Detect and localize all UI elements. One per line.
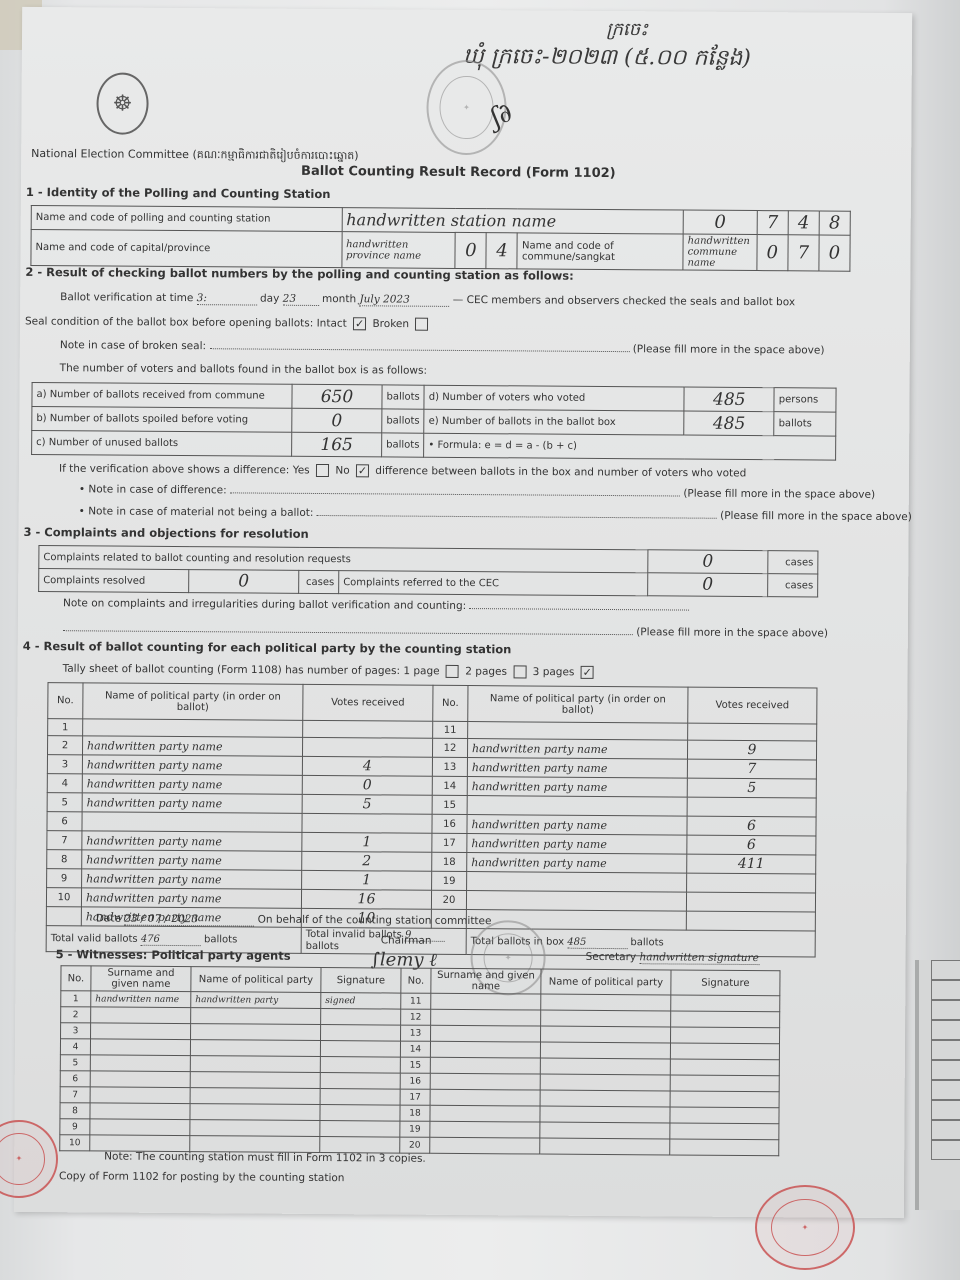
witness-signature bbox=[320, 1089, 400, 1106]
party-no: 7 bbox=[47, 831, 82, 850]
witness-no: 6 bbox=[60, 1071, 90, 1087]
note-broken-field[interactable] bbox=[209, 348, 629, 352]
complaints-row-3-value: 0 bbox=[648, 573, 768, 597]
party-votes: 2 bbox=[302, 851, 432, 871]
witness-party bbox=[191, 1008, 321, 1025]
witness-party bbox=[190, 1136, 320, 1153]
party-name: handwritten party name bbox=[82, 793, 302, 814]
witness-signature bbox=[321, 1025, 401, 1042]
witness-signature: signed bbox=[321, 993, 401, 1010]
row-b-value: 0 bbox=[292, 408, 382, 433]
witness-no: 11 bbox=[401, 993, 431, 1009]
col-votes-right: Votes received bbox=[688, 687, 817, 724]
row-d-label: d) Number of voters who voted bbox=[424, 385, 684, 411]
note-fake-label: • Note in case of material not being a b… bbox=[79, 505, 314, 519]
witness-signature bbox=[670, 1043, 779, 1060]
w-col-name-right: Surname and given name bbox=[431, 968, 541, 994]
two-page-checkbox[interactable] bbox=[513, 665, 526, 678]
difference-no-checkbox[interactable]: ✓ bbox=[356, 464, 369, 477]
row-c-unit: ballots bbox=[382, 433, 424, 457]
witness-no: 10 bbox=[60, 1135, 90, 1151]
row-b-unit: ballots bbox=[382, 409, 424, 433]
witness-party bbox=[540, 1074, 670, 1091]
w-col-no-right: No. bbox=[401, 968, 431, 993]
party-no: 20 bbox=[431, 890, 466, 909]
footer-note: Copy of Form 1102 for posting by the cou… bbox=[59, 1170, 345, 1184]
month-label: month bbox=[322, 293, 356, 305]
witness-party bbox=[190, 1104, 320, 1121]
witness-party bbox=[541, 1010, 671, 1027]
w-col-party-right: Name of political party bbox=[541, 969, 671, 995]
witness-party bbox=[540, 1106, 670, 1123]
witness-signature bbox=[670, 1123, 779, 1140]
party-votes: 1 bbox=[302, 832, 432, 852]
tally-pages-line: Tally sheet of ballot counting (Form 110… bbox=[63, 662, 597, 679]
witness-name bbox=[90, 1119, 190, 1136]
witness-party bbox=[541, 1026, 671, 1043]
col-votes-left: Votes received bbox=[303, 684, 433, 721]
party-name: handwritten party name bbox=[81, 888, 301, 909]
witness-signature bbox=[670, 1027, 779, 1044]
party-name bbox=[468, 722, 688, 741]
witness-signature bbox=[670, 1139, 779, 1156]
witness-name: handwritten name bbox=[91, 991, 191, 1008]
witness-note: Note: The counting station must fill in … bbox=[104, 1151, 426, 1165]
witness-table: No. Surname and given name Name of polit… bbox=[59, 965, 780, 1156]
total-box-unit: ballots bbox=[630, 937, 663, 948]
party-votes bbox=[302, 737, 432, 757]
witness-name bbox=[90, 1087, 190, 1104]
province-label: Name and code of capital/province bbox=[31, 229, 342, 267]
note-broken-line: Note in case of broken seal: (Please fil… bbox=[60, 339, 825, 356]
witness-signature bbox=[321, 1009, 401, 1026]
w-col-name-left: Surname and given name bbox=[91, 966, 191, 992]
seal-intact-label: Intact bbox=[317, 317, 347, 329]
complaints-note-cont: (Please fill more in the space above) bbox=[63, 622, 828, 639]
party-no: 16 bbox=[432, 814, 467, 833]
station-code-1: 0 bbox=[683, 210, 757, 235]
total-valid-unit: ballots bbox=[204, 934, 237, 945]
station-value: handwritten station name bbox=[342, 208, 684, 234]
nec-logo-icon: ☸ bbox=[96, 72, 148, 134]
intro-prefix: Ballot verification at time bbox=[60, 291, 193, 304]
party-votes: 4 bbox=[302, 756, 432, 776]
party-name: handwritten party name bbox=[467, 758, 687, 779]
note-difference-line: • Note in case of difference: (Please fi… bbox=[79, 483, 875, 501]
party-name bbox=[467, 796, 687, 817]
one-page-label: 1 page bbox=[403, 665, 439, 677]
secretary-label: Secretary bbox=[586, 951, 637, 963]
secretary-value: handwritten signature bbox=[639, 951, 759, 965]
station-code-2: 7 bbox=[757, 211, 788, 235]
adjacent-row bbox=[931, 1060, 960, 1080]
month-value: July 2023 bbox=[359, 293, 449, 307]
party-votes: 7 bbox=[687, 759, 816, 779]
section-3-title: 3 - Complaints and objections for resolu… bbox=[24, 525, 309, 541]
witness-signature bbox=[670, 1075, 779, 1092]
witness-name bbox=[90, 1103, 190, 1120]
witness-party bbox=[540, 1090, 670, 1107]
complaints-row-1-unit: cases bbox=[768, 551, 818, 574]
party-name bbox=[467, 872, 687, 893]
note-difference-label: • Note in case of difference: bbox=[79, 483, 227, 496]
seal-line: Seal condition of the ballot box before … bbox=[25, 315, 431, 331]
verification-intro: Ballot verification at time 3: day 23 mo… bbox=[60, 291, 795, 309]
adjacent-row bbox=[931, 1120, 960, 1140]
col-no-left: No. bbox=[48, 683, 83, 719]
total-box-value: 485 bbox=[567, 936, 627, 948]
total-valid-value: 476 bbox=[141, 933, 201, 945]
adjacent-row bbox=[931, 960, 960, 980]
complaints-row-1-value: 0 bbox=[648, 550, 768, 574]
party-votes bbox=[302, 813, 432, 833]
witness-signature bbox=[320, 1105, 400, 1122]
fill-more-hint: (Please fill more in the space above) bbox=[633, 343, 825, 356]
party-name: handwritten party name bbox=[467, 853, 687, 874]
col-no-right: No. bbox=[433, 685, 468, 721]
complaints-note-label: Note on complaints and irregularities du… bbox=[63, 597, 466, 612]
adjacent-row bbox=[931, 1000, 960, 1020]
complaints-note: Note on complaints and irregularities du… bbox=[63, 597, 690, 613]
witness-no: 12 bbox=[401, 1009, 431, 1025]
party-no: 6 bbox=[47, 812, 82, 831]
witness-no: 20 bbox=[400, 1137, 430, 1153]
secretary-line: Secretary handwritten signature bbox=[586, 951, 760, 965]
party-name: handwritten party name bbox=[82, 831, 302, 852]
witness-party bbox=[541, 994, 671, 1011]
difference-yes-label: Yes bbox=[293, 464, 310, 476]
row-a-label: a) Number of ballots received from commu… bbox=[32, 382, 292, 408]
party-votes bbox=[686, 892, 815, 912]
party-name bbox=[466, 891, 686, 912]
witness-name bbox=[430, 1041, 540, 1058]
witness-no: 16 bbox=[400, 1073, 430, 1089]
witness-no: 14 bbox=[400, 1041, 430, 1057]
row-d-unit: persons bbox=[774, 388, 836, 412]
col-party-left: Name of political party (in order on bal… bbox=[83, 683, 303, 721]
party-name: handwritten party name bbox=[82, 755, 302, 776]
note-fake-field[interactable] bbox=[317, 515, 717, 519]
formula: • Formula: e = d = a - (b + c) bbox=[424, 433, 836, 460]
intro-suffix: — CEC members and observers checked the … bbox=[453, 294, 795, 308]
complaints-note-field[interactable] bbox=[470, 608, 690, 611]
row-e-value: 485 bbox=[684, 411, 774, 436]
difference-label: If the verification above shows a differ… bbox=[59, 463, 289, 477]
party-votes bbox=[303, 720, 433, 738]
witness-name bbox=[91, 1023, 191, 1040]
seal-broken-checkbox[interactable] bbox=[415, 318, 428, 331]
station-code-4: 8 bbox=[819, 211, 850, 235]
party-votes: 5 bbox=[687, 778, 816, 798]
witness-signature bbox=[670, 1059, 779, 1076]
party-name: handwritten party name bbox=[82, 869, 302, 890]
party-votes: 1 bbox=[302, 870, 432, 890]
tally-intro: Tally sheet of ballot counting (Form 110… bbox=[63, 663, 400, 677]
party-no: 12 bbox=[432, 738, 467, 757]
two-page-label: 2 pages bbox=[465, 666, 507, 678]
witness-name bbox=[90, 1071, 190, 1088]
witness-name bbox=[90, 1135, 190, 1152]
witness-party bbox=[540, 1122, 670, 1139]
party-name bbox=[82, 812, 302, 833]
row-e-unit: ballots bbox=[774, 412, 836, 436]
seal-broken-label: Broken bbox=[372, 318, 409, 330]
table-intro: The number of voters and ballots found i… bbox=[60, 362, 427, 377]
note-difference-field[interactable] bbox=[230, 492, 680, 496]
party-name: handwritten party name bbox=[82, 774, 302, 795]
section-2-title: 2 - Result of checking ballot numbers by… bbox=[25, 265, 573, 283]
party-no: 11 bbox=[433, 721, 468, 738]
date-label: Date bbox=[96, 912, 121, 924]
form-title: Ballot Counting Result Record (Form 1102… bbox=[301, 164, 616, 181]
witness-name bbox=[430, 1089, 540, 1106]
complaints-note-field-2[interactable] bbox=[63, 630, 633, 635]
party-votes bbox=[688, 723, 817, 741]
complaints-row-2-unit: cases bbox=[299, 570, 339, 593]
witness-party bbox=[190, 1072, 320, 1089]
adjacent-row bbox=[931, 1040, 960, 1060]
party-no: 18 bbox=[432, 852, 467, 871]
fill-more-hint-3: (Please fill more in the space above) bbox=[720, 510, 912, 523]
difference-desc: difference between ballots in the box an… bbox=[375, 465, 746, 480]
party-votes: 411 bbox=[687, 854, 816, 874]
commune-code-2: 7 bbox=[788, 235, 819, 271]
party-no: 9 bbox=[47, 869, 82, 888]
difference-line: If the verification above shows a differ… bbox=[59, 462, 746, 480]
party-votes bbox=[686, 911, 815, 931]
party-name: handwritten party name bbox=[467, 834, 687, 855]
witness-party bbox=[540, 1058, 670, 1075]
witness-name bbox=[431, 993, 541, 1010]
fill-more-hint-4: (Please fill more in the space above) bbox=[636, 626, 828, 639]
witness-no: 5 bbox=[60, 1055, 90, 1071]
party-no bbox=[46, 907, 81, 926]
party-no: 8 bbox=[47, 850, 82, 869]
party-votes bbox=[687, 873, 816, 893]
col-party-right: Name of political party (in order on bal… bbox=[468, 686, 688, 724]
party-no: 10 bbox=[46, 888, 81, 907]
adjacent-row bbox=[931, 1140, 960, 1160]
witness-no: 4 bbox=[60, 1039, 90, 1055]
chair-label: Chairman bbox=[381, 934, 432, 946]
station-code-3: 4 bbox=[788, 211, 819, 235]
witness-signature bbox=[320, 1057, 400, 1074]
party-no: 15 bbox=[432, 795, 467, 814]
witness-name bbox=[430, 1073, 540, 1090]
fill-more-hint-2: (Please fill more in the space above) bbox=[683, 488, 875, 501]
party-no: 2 bbox=[47, 736, 82, 755]
party-name: handwritten party name bbox=[467, 815, 687, 836]
handwritten-header: ក្រចេះ ឃុំ ក្រចេះ-២០២៣ (៥.០០ កន្លែង) bbox=[367, 14, 847, 73]
witness-signature bbox=[671, 1011, 780, 1028]
party-votes: 6 bbox=[687, 835, 816, 855]
section-5-title: 5 - Witnesses: Political party agents bbox=[56, 947, 291, 963]
witness-party bbox=[191, 1024, 321, 1041]
row-c-value: 165 bbox=[292, 432, 382, 457]
complaints-row-3-unit: cases bbox=[768, 574, 818, 597]
time-value: 3: bbox=[197, 292, 257, 305]
day-value: 23 bbox=[283, 293, 319, 306]
witness-party bbox=[190, 1040, 320, 1057]
party-name: handwritten party name bbox=[467, 777, 687, 798]
complaints-table: Complaints related to ballot counting an… bbox=[38, 545, 818, 597]
total-invalid-unit: ballots bbox=[306, 941, 339, 952]
three-page-label: 3 pages bbox=[533, 666, 575, 678]
station-label: Name and code of polling and counting st… bbox=[31, 205, 342, 231]
w-col-sig-left: Signature bbox=[321, 968, 401, 994]
witness-name bbox=[91, 1007, 191, 1024]
witness-no: 9 bbox=[60, 1119, 90, 1135]
witness-name bbox=[90, 1039, 190, 1056]
row-c-label: c) Number of unused ballots bbox=[32, 430, 292, 456]
witness-signature bbox=[320, 1041, 400, 1058]
party-name: handwritten party name bbox=[82, 850, 302, 871]
party-name: handwritten party name bbox=[82, 736, 302, 757]
row-a-value: 650 bbox=[292, 384, 382, 409]
witness-name bbox=[430, 1105, 540, 1122]
w-col-no-left: No. bbox=[61, 966, 91, 991]
party-no: 5 bbox=[47, 793, 82, 812]
party-no: 14 bbox=[432, 776, 467, 795]
seal-line-text: Seal condition of the ballot box before … bbox=[25, 315, 313, 329]
difference-yes-checkbox[interactable] bbox=[316, 464, 329, 477]
difference-no-label: No bbox=[335, 465, 349, 477]
total-valid-label: Total valid ballots bbox=[51, 933, 138, 945]
witness-no: 2 bbox=[61, 1007, 91, 1023]
party-votes: 6 bbox=[687, 816, 816, 836]
handwritten-line-2: ឃុំ ក្រចេះ-២០២៣ (៥.០០ កន្លែង) bbox=[367, 42, 847, 73]
witness-party bbox=[540, 1042, 670, 1059]
witness-name bbox=[430, 1121, 540, 1138]
section-1-title: 1 - Identity of the Polling and Counting… bbox=[26, 185, 331, 201]
witness-name bbox=[90, 1055, 190, 1072]
complaints-row-3-label: Complaints referred to the CEC bbox=[339, 571, 648, 596]
witness-party: handwritten party bbox=[191, 992, 321, 1009]
station-identity-table: Name and code of polling and counting st… bbox=[30, 205, 850, 272]
date-value: 23 / 07 / 2023 bbox=[124, 913, 254, 927]
province-code-1: 0 bbox=[455, 232, 486, 268]
section-4-title: 4 - Result of ballot counting for each p… bbox=[23, 639, 512, 656]
adjacent-sheet bbox=[915, 960, 960, 1210]
witness-no: 7 bbox=[60, 1087, 90, 1103]
witness-name bbox=[430, 1057, 540, 1074]
party-votes bbox=[687, 797, 816, 817]
party-no: 13 bbox=[432, 757, 467, 776]
witness-party bbox=[190, 1056, 320, 1073]
witness-signature bbox=[670, 1091, 779, 1108]
witness-name bbox=[430, 1137, 540, 1154]
witness-name bbox=[431, 1009, 541, 1026]
seal-intact-checkbox[interactable]: ✓ bbox=[353, 317, 366, 330]
party-name: handwritten party name bbox=[467, 739, 687, 760]
red-seal-right: ✦ bbox=[755, 1185, 855, 1270]
party-no: 4 bbox=[47, 774, 82, 793]
witness-party bbox=[190, 1088, 320, 1105]
witness-signature bbox=[670, 1107, 779, 1124]
province-value: handwritten province name bbox=[341, 232, 455, 269]
adjacent-row bbox=[931, 1080, 960, 1100]
witness-no: 3 bbox=[61, 1023, 91, 1039]
province-code-2: 4 bbox=[486, 233, 517, 269]
witness-signature bbox=[320, 1121, 400, 1138]
form-paper: ក្រចេះ ឃុំ ក្រចេះ-២០២៣ (៥.០០ កន្លែង) ✦ ʃ… bbox=[14, 7, 912, 1218]
day-label: day bbox=[260, 293, 279, 305]
witness-signature bbox=[320, 1137, 400, 1154]
note-fake-line: • Note in case of material not being a b… bbox=[79, 505, 912, 523]
row-e-label: e) Number of ballots in the ballot box bbox=[424, 409, 684, 435]
party-votes: 0 bbox=[302, 775, 432, 795]
w-col-sig-right: Signature bbox=[671, 970, 780, 996]
ballot-count-table: a) Number of ballots received from commu… bbox=[31, 382, 836, 461]
complaints-row-2-label: Complaints resolved bbox=[39, 569, 189, 593]
party-no: 3 bbox=[47, 755, 82, 774]
witness-party bbox=[540, 1138, 670, 1155]
party-no: 17 bbox=[432, 833, 467, 852]
adjacent-row bbox=[931, 1100, 960, 1120]
witness-no: 15 bbox=[400, 1057, 430, 1073]
witness-no: 17 bbox=[400, 1089, 430, 1105]
row-b-label: b) Number of ballots spoiled before voti… bbox=[32, 406, 292, 432]
date-line: Date 23 / 07 / 2023 On behalf of the cou… bbox=[96, 912, 492, 928]
witness-no: 19 bbox=[400, 1121, 430, 1137]
witness-signature bbox=[320, 1073, 400, 1090]
party-votes: 9 bbox=[687, 740, 816, 760]
witness-no: 13 bbox=[401, 1025, 431, 1041]
complaints-row-2-value: 0 bbox=[189, 570, 299, 594]
witness-party bbox=[190, 1120, 320, 1137]
witness-name bbox=[431, 1025, 541, 1042]
commune-code-1: 0 bbox=[757, 235, 788, 271]
party-name bbox=[83, 719, 303, 738]
witness-no: 8 bbox=[60, 1103, 90, 1119]
adjacent-row bbox=[931, 980, 960, 1000]
row-d-value: 485 bbox=[684, 387, 774, 412]
commune-code-3: 0 bbox=[819, 235, 850, 271]
handwritten-line-1: ក្រចេះ bbox=[407, 15, 847, 46]
party-votes: 5 bbox=[302, 794, 432, 814]
witness-signature bbox=[671, 995, 780, 1012]
signed-by: On behalf of the counting station commit… bbox=[258, 914, 492, 928]
commune-label: Name and code of commune/sangkat bbox=[517, 233, 683, 270]
witness-no: 18 bbox=[400, 1105, 430, 1121]
one-page-checkbox[interactable] bbox=[446, 665, 459, 678]
party-votes: 16 bbox=[301, 889, 431, 909]
note-broken-label: Note in case of broken seal: bbox=[60, 339, 206, 352]
witness-no: 1 bbox=[61, 991, 91, 1007]
row-a-unit: ballots bbox=[382, 385, 424, 409]
three-page-checkbox[interactable]: ✓ bbox=[581, 666, 594, 679]
organization-name: National Election Committee (គណៈកម្មាធិក… bbox=[31, 147, 359, 165]
party-no: 1 bbox=[48, 719, 83, 736]
w-col-party-left: Name of political party bbox=[191, 967, 321, 993]
adjacent-row bbox=[931, 1020, 960, 1040]
party-no: 19 bbox=[432, 871, 467, 890]
commune-value: handwritten commune name bbox=[683, 234, 757, 271]
